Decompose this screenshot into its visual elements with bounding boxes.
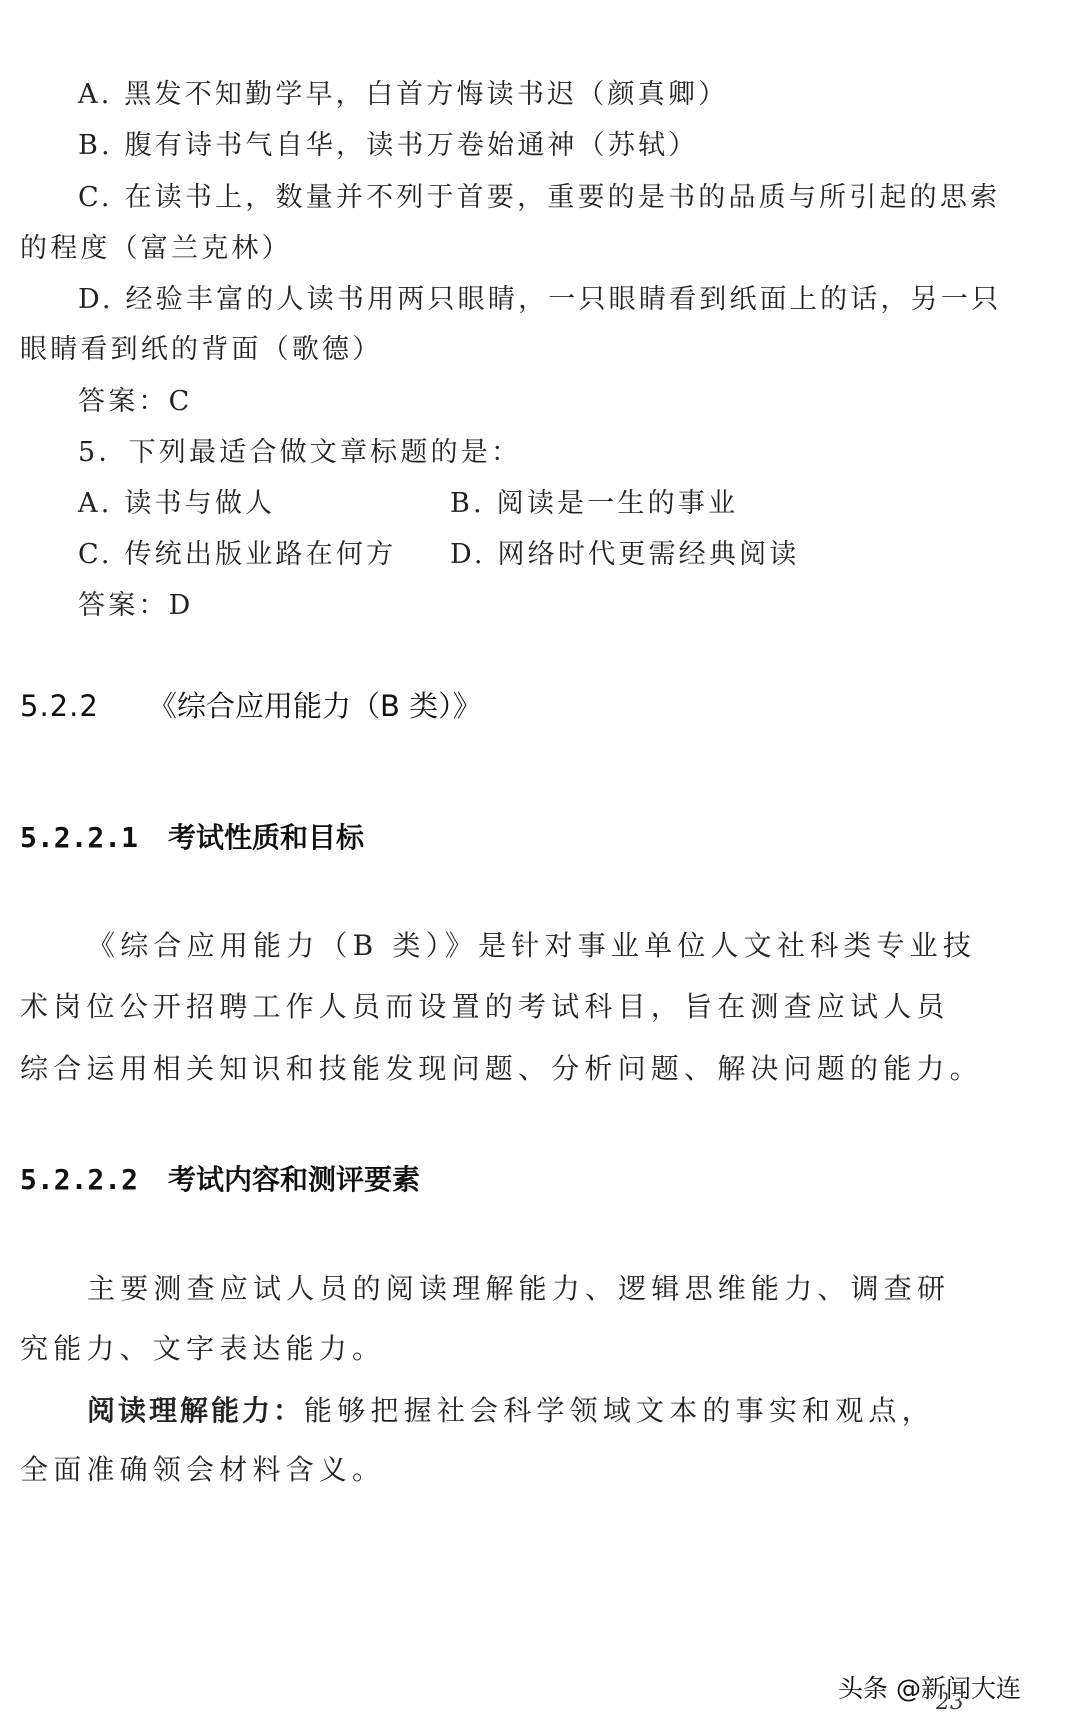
q4-option-a: A. 黑发不知勤学早，白首方悔读书迟（颜真卿） <box>78 77 728 113</box>
option-text: 黑发不知勤学早，白首方悔读书迟（颜真卿） <box>124 79 728 110</box>
reading-ability-line: 阅读理解能力：能够把握社会科学领域文本的事实和观点， <box>87 1393 1012 1429</box>
q4-answer: 答案：C <box>78 384 192 420</box>
section-number: 5.2.2.1 <box>20 818 168 858</box>
paragraph-line: 《综合应用能力（B 类）》是针对事业单位人文社科类专业技 <box>87 928 1012 964</box>
option-label: C. <box>78 182 113 213</box>
q4-option-c: C. 在读书上，数量并不列于首要，重要的是书的品质与所引起的思索 <box>78 180 1000 216</box>
option-text: 读书与做人 <box>124 488 275 519</box>
q5-option-d: D. 网络时代更需经典阅读 <box>450 537 799 573</box>
q5-option-c: C. 传统出版业路在何方 <box>78 537 396 573</box>
option-label: B. <box>78 130 113 161</box>
q4-option-d: D. 经验丰富的人读书用两只眼睛，一只眼睛看到纸面上的话，另一只 <box>78 282 1001 318</box>
q5-option-b: B. 阅读是一生的事业 <box>450 486 738 522</box>
option-text: 传统出版业路在何方 <box>124 539 396 570</box>
section-heading-5-2-2-1: 5.2.2.1考试性质和目标 <box>20 818 364 858</box>
q5-stem: 5．下列最适合做文章标题的是： <box>78 435 521 471</box>
reading-ability-continued: 全面准确领会材料含义。 <box>20 1452 945 1488</box>
option-label: A. <box>78 79 112 110</box>
paragraph-line: 综合运用相关知识和技能发现问题、分析问题、解决问题的能力。 <box>20 1051 945 1087</box>
section-title: 考试内容和测评要素 <box>168 1163 420 1196</box>
option-text: 腹有诗书气自华，读书万卷始通神（苏轼） <box>125 130 699 161</box>
option-label: D. <box>78 284 114 315</box>
option-label: B. <box>450 488 485 519</box>
option-label: A. <box>78 488 112 519</box>
section-number: 5.2.2.2 <box>20 1160 168 1200</box>
section-title: 《综合应用能力（B 类）》 <box>148 689 482 723</box>
source-watermark: 头条 @新闻大连 <box>838 1672 1021 1706</box>
section-number: 5.2.2 <box>20 686 148 726</box>
q5-option-a: A. 读书与做人 <box>78 486 275 522</box>
reading-ability-lead: 阅读理解能力： <box>87 1394 304 1427</box>
option-text: 阅读是一生的事业 <box>497 488 739 519</box>
paragraph-line: 究能力、文字表达能力。 <box>20 1331 945 1367</box>
q4-option-d-continued: 眼睛看到纸的背面（歌德） <box>20 332 382 368</box>
paragraph-line: 主要测查应试人员的阅读理解能力、逻辑思维能力、调查研 <box>87 1271 1012 1307</box>
paragraph-line: 术岗位公开招聘工作人员而设置的考试科目，旨在测查应试人员 <box>20 989 945 1025</box>
option-label: D. <box>450 539 486 570</box>
q4-option-c-continued: 的程度（富兰克林） <box>20 231 292 267</box>
section-title: 考试性质和目标 <box>168 821 364 854</box>
reading-ability-text: 能够把握社会科学领域文本的事实和观点， <box>304 1394 935 1427</box>
section-heading-5-2-2: 5.2.2《综合应用能力（B 类）》 <box>20 686 482 726</box>
option-text: 在读书上，数量并不列于首要，重要的是书的品质与所引起的思索 <box>124 182 1000 213</box>
option-text: 经验丰富的人读书用两只眼睛，一只眼睛看到纸面上的话，另一只 <box>125 284 1001 315</box>
q4-option-b: B. 腹有诗书气自华，读书万卷始通神（苏轼） <box>78 128 698 164</box>
section-heading-5-2-2-2: 5.2.2.2考试内容和测评要素 <box>20 1160 420 1200</box>
document-page: A. 黑发不知勤学早，白首方悔读书迟（颜真卿） B. 腹有诗书气自华，读书万卷始… <box>0 0 1080 1723</box>
option-label: C. <box>78 539 113 570</box>
q5-answer: 答案：D <box>78 588 193 624</box>
option-text: 网络时代更需经典阅读 <box>497 539 799 570</box>
